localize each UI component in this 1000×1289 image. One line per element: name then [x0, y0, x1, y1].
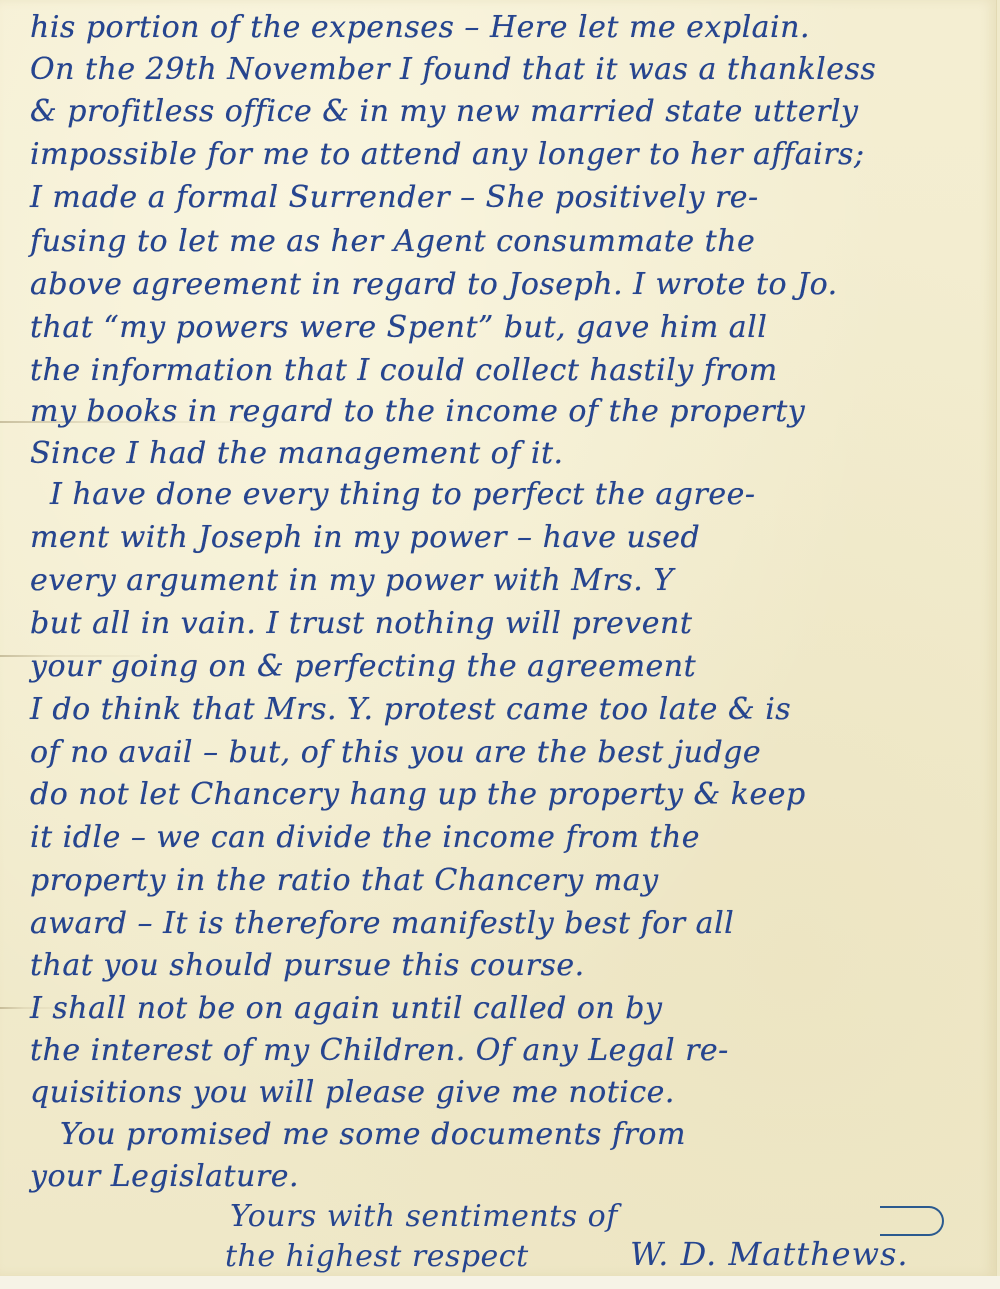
letter-line: fusing to let me as her Agent consummate…: [30, 222, 755, 262]
letter-line: that you should pursue this course.: [30, 946, 585, 986]
letter-line: You promised me some documents from: [60, 1115, 686, 1155]
letter-line: your going on & perfecting the agreement: [30, 647, 696, 687]
letter-line: I have done every thing to perfect the a…: [50, 475, 755, 515]
letter-line: the information that I could collect has…: [30, 351, 778, 391]
letter-line: of no avail – but, of this you are the b…: [30, 733, 761, 773]
letter-line: my books in regard to the income of the …: [30, 392, 805, 432]
letter-line: I shall not be on again until called on …: [30, 989, 662, 1029]
letter-line: your Legislature.: [30, 1157, 299, 1197]
letter-line: do not let Chancery hang up the property…: [30, 775, 806, 815]
letter-line: I do think that Mrs. Y. protest came too…: [30, 690, 791, 730]
letter-line: property in the ratio that Chancery may: [30, 861, 659, 901]
letter-line: I made a formal Surrender – She positive…: [30, 178, 759, 218]
letter-line: award – It is therefore manifestly best …: [30, 904, 734, 944]
signature-flourish-icon: [880, 1206, 944, 1236]
signature: W. D. Matthews.: [630, 1234, 909, 1274]
letter-line: ment with Joseph in my power – have used: [30, 518, 700, 558]
closing-line-2: the highest respect: [225, 1237, 529, 1277]
letter-line: every argument in my power with Mrs. Y: [30, 561, 674, 601]
letter-line: it idle – we can divide the income from …: [30, 818, 700, 858]
letter-line: his portion of the expenses – Here let m…: [30, 8, 810, 48]
letter-line: quisitions you will please give me notic…: [30, 1073, 675, 1113]
closing-line-1: Yours with sentiments of: [230, 1197, 618, 1237]
letter-line: but all in vain. I trust nothing will pr…: [30, 604, 692, 644]
letter-line: impossible for me to attend any longer t…: [30, 135, 865, 175]
letter-line: above agreement in regard to Joseph. I w…: [30, 265, 838, 305]
letter-line: the interest of my Children. Of any Lega…: [30, 1031, 729, 1071]
letter-line: that “my powers were Spent” but, gave hi…: [30, 308, 767, 348]
letter-line: On the 29th November I found that it was…: [30, 50, 876, 90]
scan-margin: [0, 1276, 1000, 1289]
letter-page: his portion of the expenses – Here let m…: [0, 0, 997, 1277]
letter-line: & profitless office & in my new married …: [30, 92, 859, 132]
letter-line: Since I had the management of it.: [30, 434, 564, 474]
